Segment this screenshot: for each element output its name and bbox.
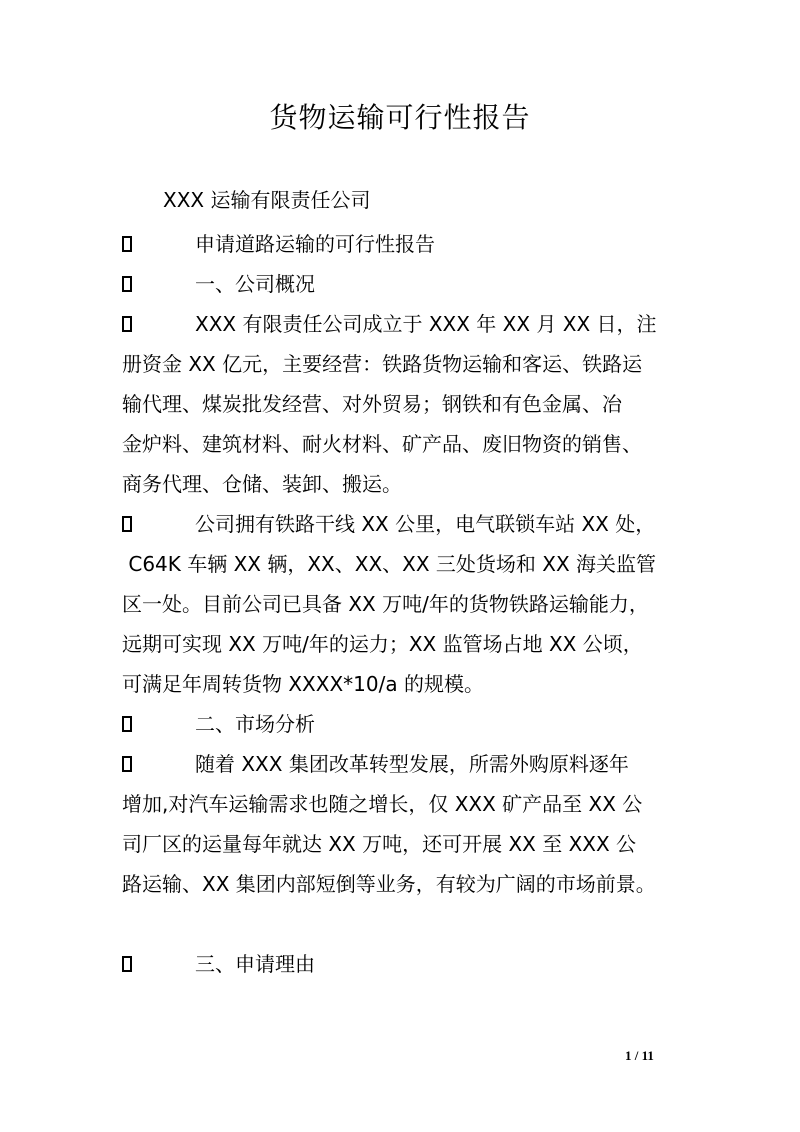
heading-application-reasons: 三、申请理由 — [122, 944, 688, 984]
heading-application: 申请道路运输的可行性报告 — [122, 224, 688, 264]
line-text: 可满足年周转货物 XXXX*10/a 的规模。 — [122, 664, 688, 704]
bullet-box-icon — [122, 516, 132, 532]
bullet-box-icon — [122, 236, 132, 252]
line-text: 路运输、XX 集团内部短倒等业务，有较为广阔的市场前景。 — [122, 864, 688, 904]
line-text: 金炉料、建筑材料、耐火材料、矿产品、废旧物资的销售、 — [122, 424, 688, 464]
line-text: 增加,对汽车运输需求也随之增长，仅 XXX 矿产品至 XX 公 — [122, 784, 688, 824]
paragraph-market-analysis: 随着 XXX 集团改革转型发展，所需外购原料逐年 增加,对汽车运输需求也随之增长… — [122, 744, 688, 904]
first-line: 随着 XXX 集团改革转型发展，所需外购原料逐年 — [122, 752, 629, 776]
line-text: XXX 有限责任公司成立于 XXX 年 XX 月 XX 日，注 — [195, 312, 657, 336]
document-title: 货物运输可行性报告 — [0, 96, 800, 140]
heading-text: 二、市场分析 — [195, 712, 315, 736]
bullet-box-icon — [122, 756, 132, 772]
page-number: 1 / 11 — [625, 1048, 654, 1064]
line-text: 区一处。目前公司已具备 XX 万吨/年的货物铁路运输能力， — [122, 584, 688, 624]
bullet-box-icon — [122, 716, 132, 732]
bullet-box-icon — [122, 956, 132, 972]
heading-company-overview: 一、公司概况 — [122, 264, 688, 304]
paragraph-company-overview: XXX 有限责任公司成立于 XXX 年 XX 月 XX 日，注 册资金 XX 亿… — [122, 304, 688, 504]
heading-text: 一、公司概况 — [195, 272, 315, 296]
line-text: 司厂区的运量每年就达 XX 万吨，还可开展 XX 至 XXX 公 — [122, 824, 688, 864]
line-text: 随着 XXX 集团改革转型发展，所需外购原料逐年 — [195, 752, 629, 776]
first-line: 公司拥有铁路干线 XX 公里，电气联锁车站 XX 处， — [122, 512, 655, 536]
line-text: 远期可实现 XX 万吨/年的运力；XX 监管场占地 XX 公顷， — [122, 624, 688, 664]
document-page: 货物运输可行性报告 XXX 运输有限责任公司 申请道路运输的可行性报告 一、公司… — [0, 0, 800, 1132]
line-text: 册资金 XX 亿元，主要经营：铁路货物运输和客运、铁路运 — [122, 344, 688, 384]
line-text: C64K 车辆 XX 辆，XX、XX、XX 三处货场和 XX 海关监管 — [122, 544, 688, 584]
line-text: 商务代理、仓储、装卸、搬运。 — [122, 464, 688, 504]
company-name: XXX 运输有限责任公司 — [163, 184, 370, 216]
body-section-1: 申请道路运输的可行性报告 一、公司概况 XXX 有限责任公司成立于 XXX 年 … — [122, 224, 688, 984]
first-line: XXX 有限责任公司成立于 XXX 年 XX 月 XX 日，注 — [122, 312, 657, 336]
heading-text: 申请道路运输的可行性报告 — [195, 232, 435, 256]
heading-text: 三、申请理由 — [195, 952, 315, 976]
line-text: 输代理、煤炭批发经营、对外贸易；钢铁和有色金属、冶 — [122, 384, 688, 424]
line-text: 公司拥有铁路干线 XX 公里，电气联锁车站 XX 处， — [195, 512, 655, 536]
bullet-box-icon — [122, 276, 132, 292]
heading-market-analysis: 二、市场分析 — [122, 704, 688, 744]
paragraph-railway-assets: 公司拥有铁路干线 XX 公里，电气联锁车站 XX 处， C64K 车辆 XX 辆… — [122, 504, 688, 704]
spacer — [122, 904, 688, 944]
bullet-box-icon — [122, 316, 132, 332]
